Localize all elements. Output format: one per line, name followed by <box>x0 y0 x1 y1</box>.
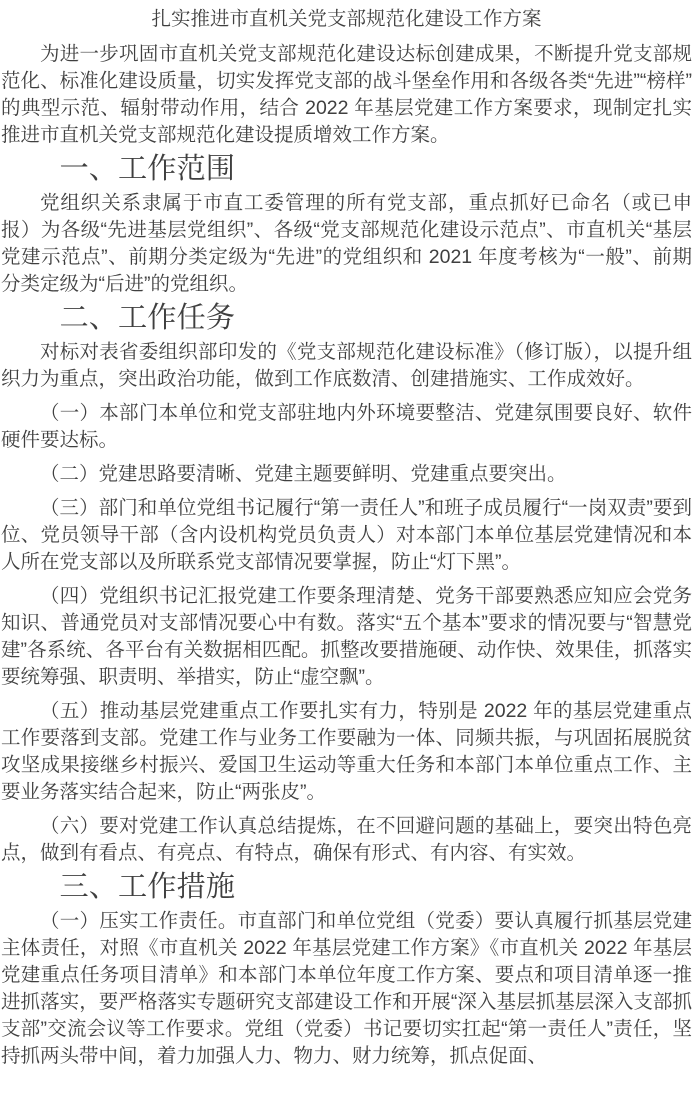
measure-item-1: （一）压实工作责任。市直部门和单位党组（党委）要认真履行抓基层党建主体责任，对照… <box>1 908 692 1070</box>
task-item-1: （一）本部门本单位和党支部驻地内外环境要整洁、党建氛围要良好、软件硬件要达标。 <box>1 400 692 454</box>
intro-paragraph: 为进一步巩固市直机关党支部规范化建设达标创建成果，不断提升党支部规范化、标准化建… <box>1 41 692 149</box>
section-1-paragraph: 党组织关系隶属于市直工委管理的所有党支部，重点抓好已命名（或已申报）为各级“先进… <box>1 190 692 298</box>
task-item-6: （六）要对党建工作认真总结提炼，在不回避问题的基础上，要突出特色亮点，做到有看点… <box>1 813 692 867</box>
section-2-intro-paragraph: 对标对表省委组织部印发的《党支部规范化建设标准》（修订版），以提升组织力为重点，… <box>1 339 692 393</box>
task-item-2: （二）党建思路要清晰、党建主题要鲜明、党建重点要突出。 <box>1 461 692 488</box>
section-1-heading: 一、工作范围 <box>1 156 692 183</box>
task-item-5: （五）推动基层党建重点工作要扎实有力，特别是 2022 年的基层党建重点工作要落… <box>1 698 692 806</box>
task-item-3: （三）部门和单位党组书记履行“第一责任人”和班子成员履行“一岗双责”要到位、党员… <box>1 495 692 576</box>
document-page: 扎实推进市直机关党支部规范化建设工作方案 为进一步巩固市直机关党支部规范化建设达… <box>0 0 693 1097</box>
section-2-heading: 二、工作任务 <box>1 305 692 332</box>
section-3-heading: 三、工作措施 <box>1 874 692 901</box>
task-item-4: （四）党组织书记汇报党建工作要条理清楚、党务干部要熟悉应知应会党务知识、普通党员… <box>1 583 692 691</box>
document-title: 扎实推进市直机关党支部规范化建设工作方案 <box>1 6 692 33</box>
